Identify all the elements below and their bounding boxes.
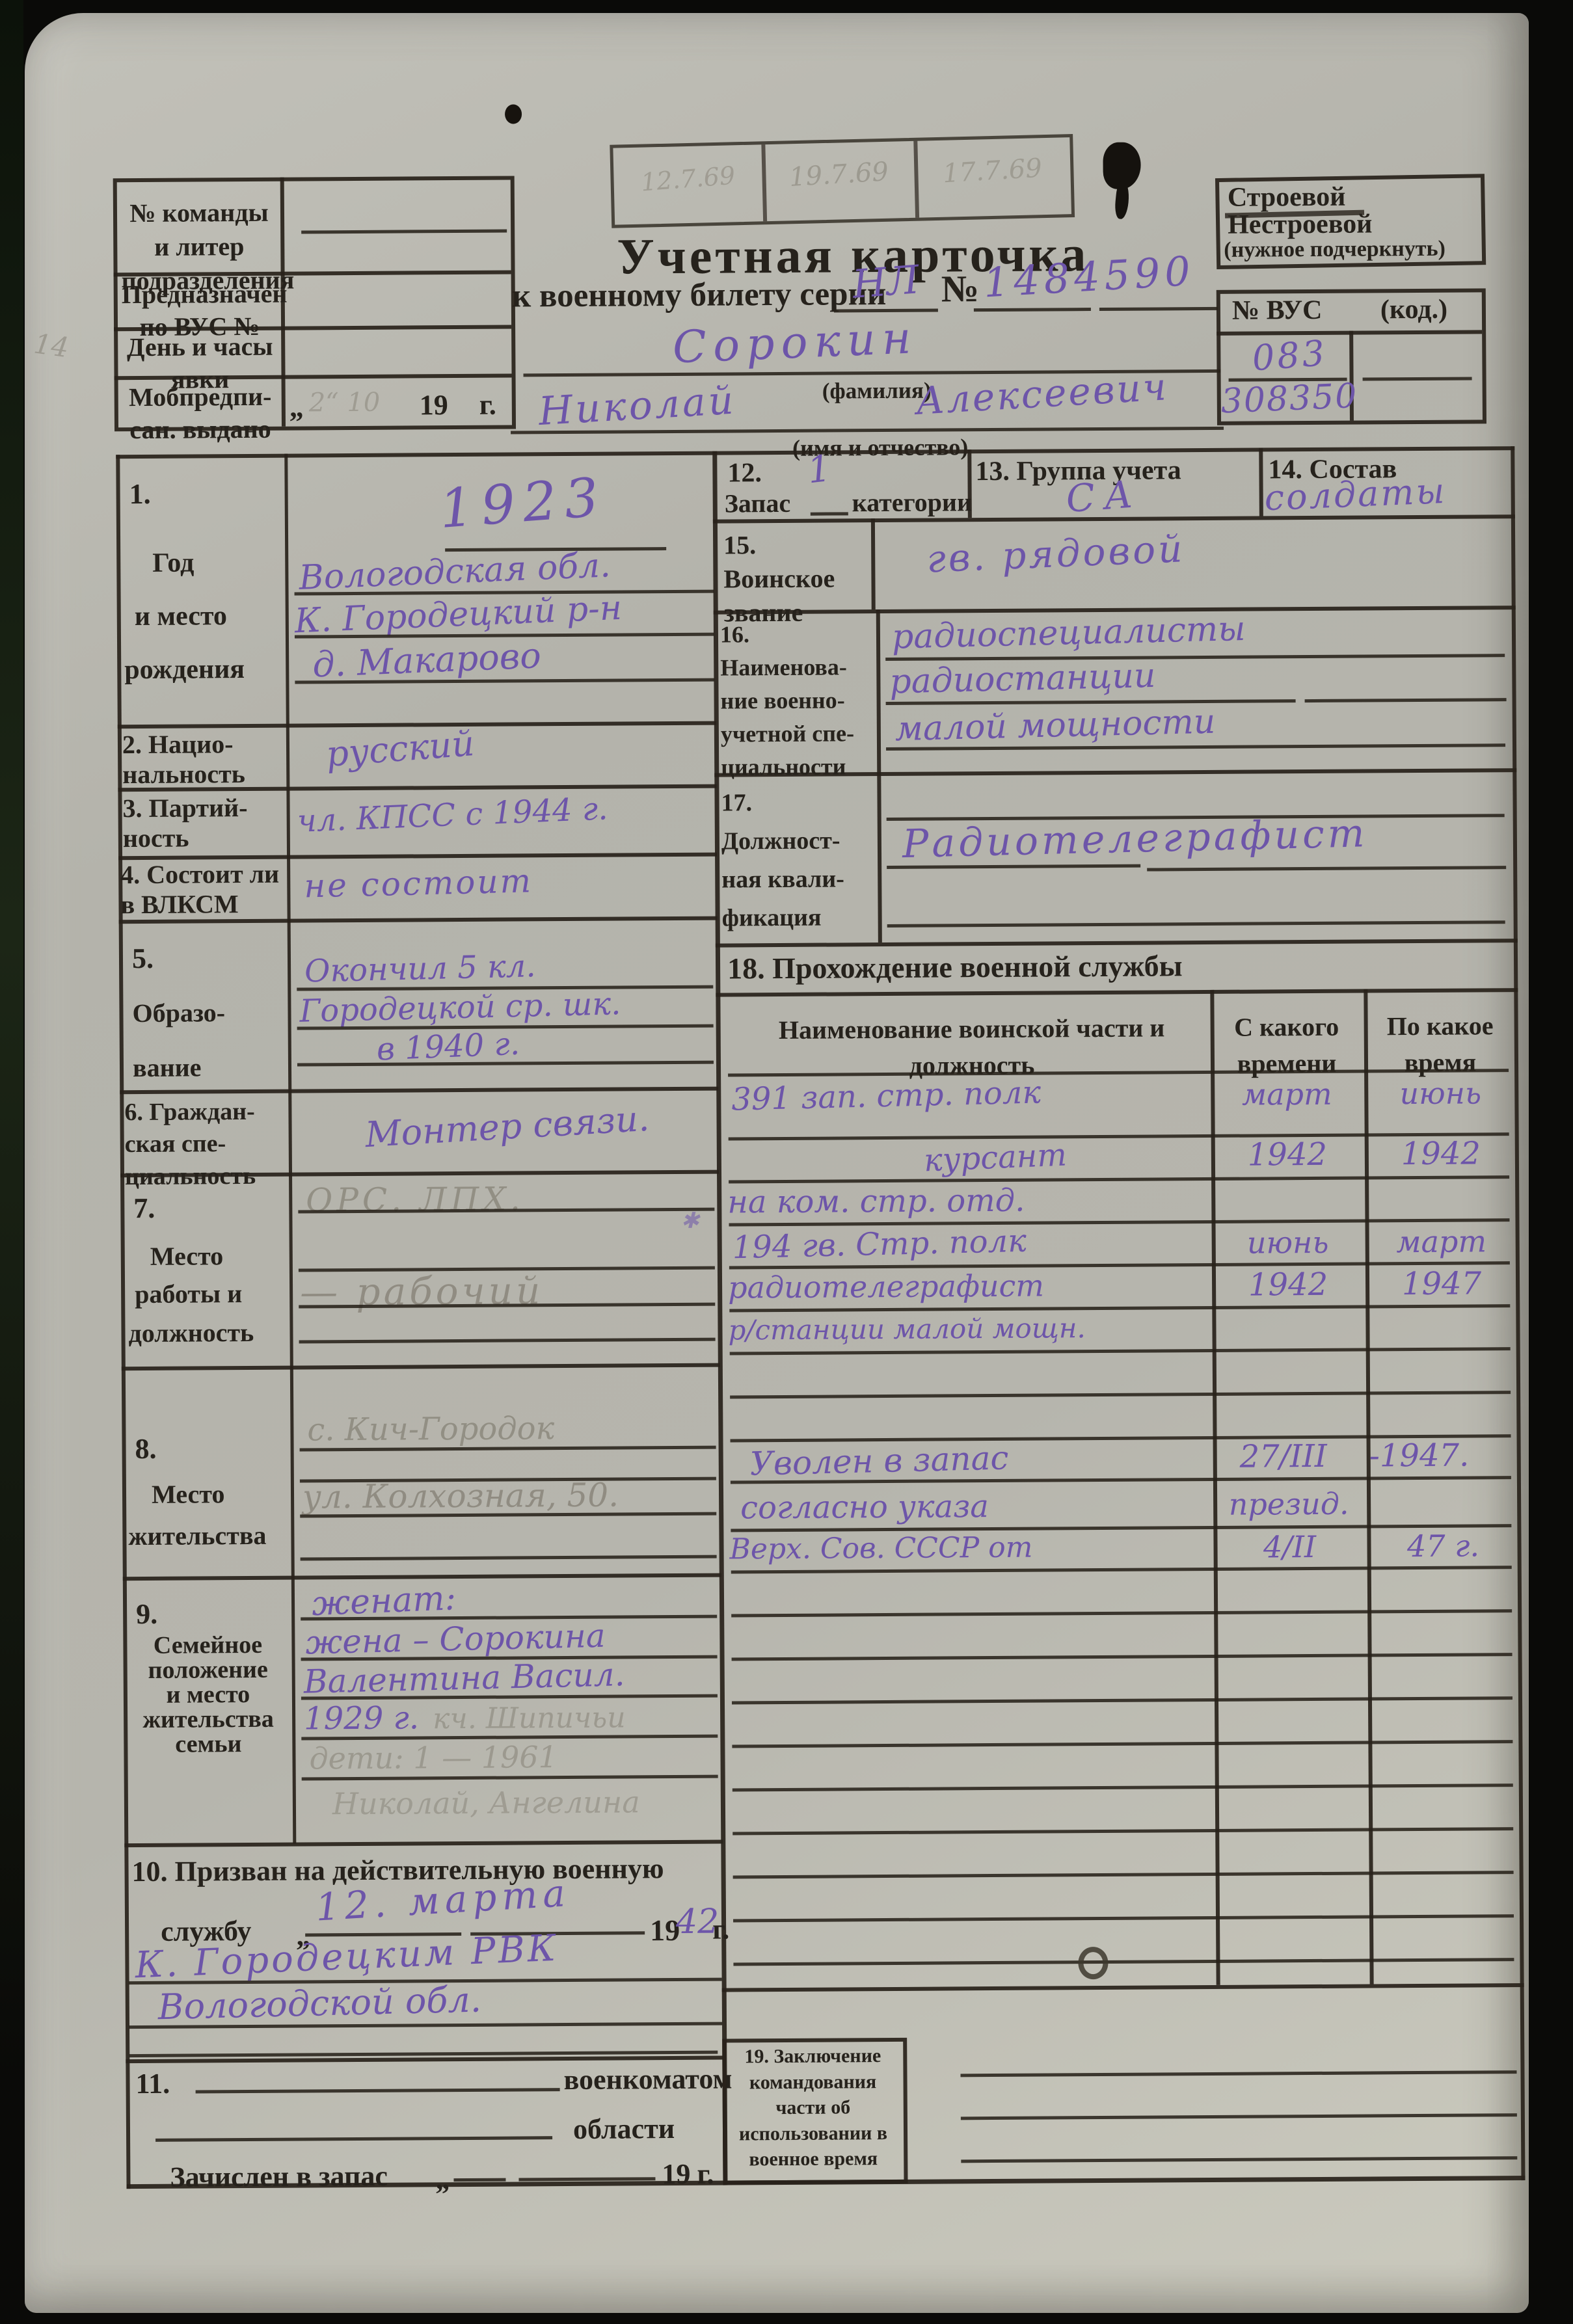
rule-line	[195, 2068, 559, 2093]
rule-line	[731, 1456, 1511, 1484]
grid-right-border	[1511, 446, 1525, 2180]
field-7-number: 7.	[133, 1192, 155, 1225]
rule-line	[733, 1938, 1514, 1966]
rule-line	[729, 1242, 1510, 1269]
field-8-label: Место	[152, 1478, 225, 1510]
field-11-word1: военкоматом	[563, 2062, 732, 2096]
service-table-bottom	[722, 1983, 1524, 1992]
group-handwritten: СА	[1064, 472, 1143, 522]
rule-line	[728, 1049, 1509, 1076]
rule-line	[834, 278, 938, 312]
service-row-0-name: 391 зап. стр. полк	[731, 1074, 1042, 1117]
duty-line-nestroevoy: Нестроевой	[1228, 208, 1372, 240]
rule-line	[729, 1199, 1509, 1226]
rule-line	[1099, 277, 1218, 311]
field-divider	[124, 1840, 723, 1848]
rule-line	[731, 1504, 1511, 1532]
field-3-label: 3. Партий- ность	[122, 793, 282, 853]
rule-line	[961, 2137, 1517, 2163]
registration-stamp-box: 12.7.69 19.7.69 17.7.69	[610, 134, 1075, 228]
label-divider	[877, 772, 882, 942]
vus-value-2: 308350	[1220, 377, 1359, 421]
rule-line	[301, 1675, 718, 1700]
column-divider	[1259, 447, 1263, 516]
rule-line	[733, 1895, 1514, 1922]
rule-line	[300, 1493, 716, 1518]
rule-line	[974, 278, 1091, 312]
rule-line	[731, 1590, 1512, 1617]
service-section-title: 18. Прохождение военной службы	[727, 948, 1183, 985]
rule-line	[518, 2157, 655, 2181]
field-11-number: 11.	[135, 2067, 170, 2100]
field-6-label: 6. Граждан- ская спе- циальность	[124, 1096, 288, 1194]
stamp-date-2: 19.7.69	[766, 155, 911, 194]
rule-line	[961, 2094, 1517, 2120]
stamp-divider	[761, 144, 767, 221]
rule-line	[1304, 678, 1506, 702]
field-9-number: 9.	[136, 1597, 157, 1631]
reserve-category-handwritten: 1	[805, 447, 833, 492]
field-divider	[716, 939, 1518, 948]
rule-line	[297, 1041, 714, 1067]
stamp-date-3: 17.7.69	[919, 152, 1066, 190]
vlksm-handwritten: не состоит	[304, 862, 533, 905]
field-1-label: и место	[135, 600, 227, 632]
field-11-word2: области	[573, 2112, 675, 2146]
rule-line	[301, 1715, 718, 1741]
rule-line	[301, 1756, 718, 1781]
rule-line	[301, 1636, 717, 1661]
field-12-label-a: Запас	[725, 488, 791, 519]
rule-line	[887, 901, 1505, 928]
field-5-number: 5.	[132, 942, 154, 975]
field-4-label: 4. Состоит ли в ВЛКСМ	[120, 859, 287, 920]
field-17-label: 17. Должност- ная квали- фикация	[721, 783, 861, 937]
rule-line	[732, 1720, 1512, 1748]
stamp-divider	[913, 141, 919, 218]
field-8-label: жительства	[128, 1520, 266, 1551]
issue-quote: „	[289, 390, 304, 423]
rule-line	[301, 1596, 717, 1621]
rule-line	[453, 2159, 505, 2182]
field-7-label: работы и	[135, 1278, 242, 1309]
field-5-label: Образо- вание	[132, 985, 263, 1095]
field-11-word3: Зачислен в запас	[170, 2159, 388, 2194]
rule-line	[732, 1677, 1512, 1704]
field-1-number: 1.	[129, 477, 150, 511]
margin-number-pencil: 14	[32, 327, 71, 364]
rule-line	[511, 398, 1224, 434]
rule-line	[811, 488, 848, 515]
service-row-0-to: июнь	[1368, 1075, 1512, 1111]
field-19-label: 19. Заключение командования части об исп…	[729, 2043, 897, 2173]
card-content: 12.7.69 19.7.69 17.7.69 14 Учетная карто…	[0, 0, 1573, 2324]
rule-line	[730, 1371, 1511, 1398]
field-2-label: 2. Нацио- нальность	[122, 729, 282, 790]
punch-hole	[1078, 1947, 1108, 1979]
service-row-0-from: март	[1213, 1076, 1360, 1112]
rule-line	[301, 210, 507, 234]
rule-line	[733, 1851, 1513, 1878]
rule-line	[295, 659, 714, 684]
rule-line	[299, 1283, 715, 1309]
vus-code-caption: (код.)	[1380, 294, 1447, 326]
rule-line	[297, 966, 713, 991]
info-row4-label: Мобпредпи- сан. выдано	[122, 381, 279, 446]
margin-mark: ✱	[680, 1208, 699, 1234]
rule-line	[729, 1285, 1510, 1312]
rule-line	[155, 2117, 552, 2142]
service-table-top	[716, 988, 1518, 997]
rule-line	[1362, 357, 1472, 381]
rule-line	[730, 1328, 1511, 1355]
vus-title: № ВУС	[1232, 295, 1323, 327]
nationality-handwritten: русский	[325, 723, 476, 775]
stamp-date-1: 12.7.69	[615, 159, 760, 199]
field-7-label: должность	[128, 1317, 254, 1348]
composition-handwritten: солдаты	[1263, 470, 1447, 518]
party-handwritten: чл. КПСС с 1944 г.	[297, 790, 609, 840]
rule-line	[1147, 846, 1506, 871]
field-1-label: рождения	[124, 654, 245, 686]
rule-line	[886, 724, 1505, 751]
label-divider	[876, 609, 881, 772]
rule-line	[733, 1764, 1513, 1791]
field-divider	[122, 1363, 720, 1371]
field-10-year-suffix: г.	[712, 1913, 729, 1946]
field-9-label: семьи	[130, 1730, 286, 1759]
duty-caption: (нужное подчеркнуть)	[1224, 237, 1445, 263]
form-subtitle: к военному билету серии	[512, 275, 887, 315]
rule-line	[298, 1188, 714, 1214]
rule-line	[295, 613, 714, 639]
rule-line	[731, 1546, 1512, 1573]
civil-specialty-handwritten: Монтер связи.	[304, 1095, 710, 1159]
rule-line	[885, 634, 1505, 661]
field-11-quote: „	[435, 2163, 450, 2196]
family-line6-pencil: Николай, Ангелина	[332, 1784, 640, 1821]
field-11-year: 19	[662, 2157, 690, 2191]
rule-line	[729, 1156, 1509, 1183]
rule-line	[300, 1536, 716, 1561]
rule-line	[887, 845, 1140, 869]
rule-line	[885, 680, 1295, 705]
rule-line	[299, 1426, 716, 1452]
issue-date-pencil: 2“ 10	[309, 388, 381, 418]
field-7-label: Место	[150, 1240, 224, 1272]
field-16-label: 16. Наименова- ние военно- учетной спе- …	[720, 617, 861, 784]
paper-spot	[505, 104, 522, 124]
field-12-number: 12.	[727, 457, 762, 488]
field-1-label: Год	[152, 547, 194, 578]
field-12-label-b: категории	[852, 487, 973, 518]
issue-year: 19	[420, 388, 448, 421]
field-15-label: 15. Воинское звание	[723, 528, 874, 630]
field-8-number: 8.	[135, 1432, 156, 1465]
field-11-year-suffix: г.	[697, 2157, 714, 2191]
issue-year-suffix: г.	[479, 388, 496, 421]
rank-handwritten: гв. рядовой	[926, 526, 1186, 581]
rule-line	[129, 2003, 722, 2029]
rule-line	[731, 1633, 1512, 1661]
rule-line	[294, 570, 714, 596]
rule-line	[733, 1808, 1513, 1835]
rule-line	[299, 1318, 715, 1344]
rule-line	[960, 2051, 1516, 2077]
rule-line	[129, 2031, 718, 2058]
